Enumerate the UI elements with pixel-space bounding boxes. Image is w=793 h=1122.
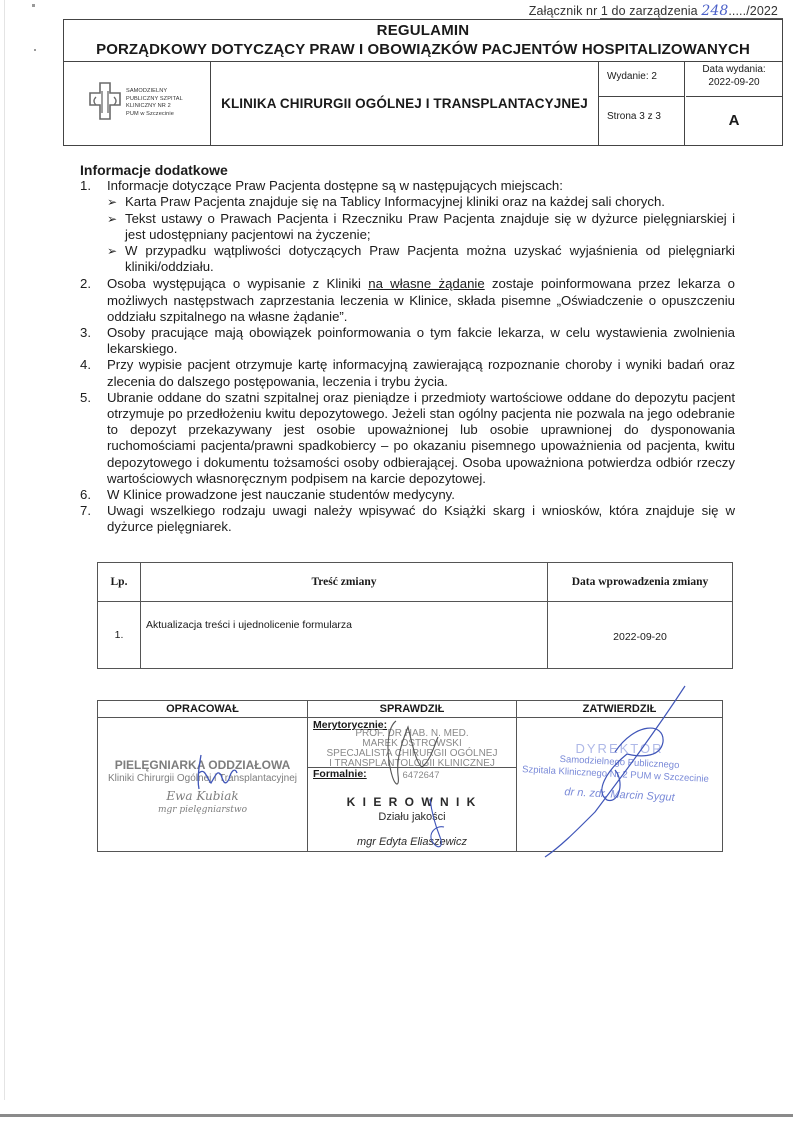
handwritten-signature-icon — [378, 717, 458, 797]
logo-line: KLINICZNY NR 2 — [126, 103, 183, 111]
sub-list-item: ➢ Karta Praw Pacjenta znajduje się na Ta… — [80, 194, 735, 210]
item-number: 5. — [80, 390, 91, 406]
document-body: Informacje dodatkowe 1. Informacje dotyc… — [80, 162, 735, 536]
change-date: 2022-09-20 — [548, 602, 732, 668]
checked-by-column: SPRAWDZIŁ Merytorycznie: PROF. DR HAB. N… — [308, 701, 516, 851]
hospital-logo-text: SAMODZIELNY PUBLICZNY SZPITAL KLINICZNY … — [126, 88, 183, 118]
column-header-change: Treść zmiany — [141, 563, 547, 601]
item-number: 3. — [80, 325, 91, 341]
item-text: Uwagi wszelkiego rodzaju uwagi należy wp… — [107, 503, 735, 534]
column-header-date: Data wprowadzenia zmiany — [548, 563, 732, 601]
page-bottom-edge — [0, 1114, 793, 1117]
section-title: Informacje dodatkowe — [80, 162, 735, 178]
version-letter: A — [686, 97, 782, 145]
item-text: Ubranie oddane do szatni szpitalnej oraz… — [107, 390, 735, 486]
header-title-row: REGULAMIN PORZĄDKOWY DOTYCZĄCY PRAW I OB… — [64, 20, 782, 62]
item-text: Przy wypisie pacjent otrzymuje kartę inf… — [107, 357, 735, 388]
issue-date-label: Data wydania: — [686, 64, 782, 77]
list-item: 2. Osoba występująca o wypisanie z Klini… — [80, 276, 735, 325]
list-item: 3. Osoby pracujące mają obowiązek poinfo… — [80, 325, 735, 357]
prepared-by-header: OPRACOWAŁ — [98, 701, 307, 717]
prepared-by-column: OPRACOWAŁ PIELĘGNIARKA ODDZIAŁOWA Klinik… — [98, 701, 307, 851]
document-title: REGULAMIN — [64, 22, 782, 40]
column-header-lp: Lp. — [98, 563, 140, 601]
change-description: Aktualizacja treści i ujednolicenie form… — [141, 619, 547, 631]
list-item: 4. Przy wypisie pacjent otrzymuje kartę … — [80, 357, 735, 389]
hospital-logo-cell: SAMODZIELNY PUBLICZNY SZPITAL KLINICZNY … — [64, 61, 211, 145]
sub-list-item: ➢ Tekst ustawy o Prawach Pacjenta i Rzec… — [80, 211, 735, 243]
row-number: 1. — [98, 602, 140, 668]
arrow-bullet-icon: ➢ — [107, 243, 117, 259]
page-edge — [4, 0, 5, 1100]
document-header: REGULAMIN PORZĄDKOWY DOTYCZĄCY PRAW I OB… — [63, 19, 783, 146]
hospital-cross-logo-icon — [88, 81, 122, 121]
formal-stamp-unit: Działu jakości — [308, 811, 516, 823]
formal-signatory-name: mgr Edyta Eliaszewicz — [308, 836, 516, 848]
list-item: 5. Ubranie oddane do szatni szpitalnej o… — [80, 390, 735, 487]
item-number: 6. — [80, 487, 91, 503]
document-subtitle: PORZĄDKOWY DOTYCZĄCY PRAW I OBOWIĄZKÓW P… — [64, 40, 782, 59]
issue-date: 2022-09-20 — [686, 77, 782, 90]
item-number: 2. — [80, 276, 91, 292]
edition: Wydanie: 2 — [599, 61, 685, 97]
handwritten-signature-icon — [193, 753, 243, 793]
handwritten-number: 248 — [701, 3, 728, 19]
item-text: Informacje dotyczące Praw Pacjenta dostę… — [107, 178, 563, 193]
handwritten-signature-icon — [535, 682, 695, 862]
sub-item-text: Karta Praw Pacjenta znajduje się na Tabl… — [125, 194, 665, 209]
item-number: 7. — [80, 503, 91, 519]
item-text: Osoba występująca o wypisanie z Kliniki — [107, 276, 368, 291]
sub-list-item: ➢ W przypadku wątpliwości dotyczących Pr… — [80, 243, 735, 275]
logo-line: PUM w Szczecinie — [126, 111, 183, 119]
clinic-name: KLINIKA CHIRURGII OGÓLNEJ I TRANSPLANTAC… — [211, 61, 599, 145]
page-number: Strona 3 z 3 — [599, 97, 685, 145]
attachment-suffix: ...../2022 — [728, 4, 778, 18]
item-text-underlined: na własne żądanie — [368, 276, 484, 291]
checked-by-header: SPRAWDZIŁ — [308, 701, 516, 717]
list-item: 7. Uwagi wszelkiego rodzaju uwagi należy… — [80, 503, 735, 535]
sub-item-text: Tekst ustawy o Prawach Pacjenta i Rzeczn… — [125, 211, 735, 242]
formal-stamp-title: K I E R O W N I K — [308, 795, 516, 809]
item-text: Osoby pracujące mają obowiązek poinformo… — [107, 325, 735, 356]
attachment-prefix: Załącznik nr 1 do zarządzenia — [529, 4, 702, 18]
item-number: 1. — [80, 178, 91, 194]
list-item: 6. W Klinice prowadzone jest nauczanie s… — [80, 487, 735, 503]
item-number: 4. — [80, 357, 91, 373]
sub-item-text: W przypadku wątpliwości dotyczących Praw… — [125, 243, 735, 274]
arrow-bullet-icon: ➢ — [107, 194, 117, 210]
attachment-note: Załącznik nr 1 do zarządzenia 248...../2… — [520, 4, 778, 18]
list-item: 1. Informacje dotyczące Praw Pacjenta do… — [80, 178, 735, 194]
item-text: W Klinice prowadzone jest nauczanie stud… — [107, 487, 455, 502]
logo-line: SAMODZIELNY — [126, 88, 183, 96]
signatory-degree: mgr pielęgniarstwo — [98, 805, 307, 815]
change-history-table: Lp. Treść zmiany Data wprowadzenia zmian… — [97, 562, 733, 669]
arrow-bullet-icon: ➢ — [107, 211, 117, 227]
logo-line: PUBLICZNY SZPITAL — [126, 96, 183, 104]
scan-mark — [32, 4, 35, 7]
issue-date-cell: Data wydania: 2022-09-20 — [686, 61, 782, 97]
scan-mark — [34, 49, 36, 51]
handwritten-signature-icon — [418, 797, 458, 853]
